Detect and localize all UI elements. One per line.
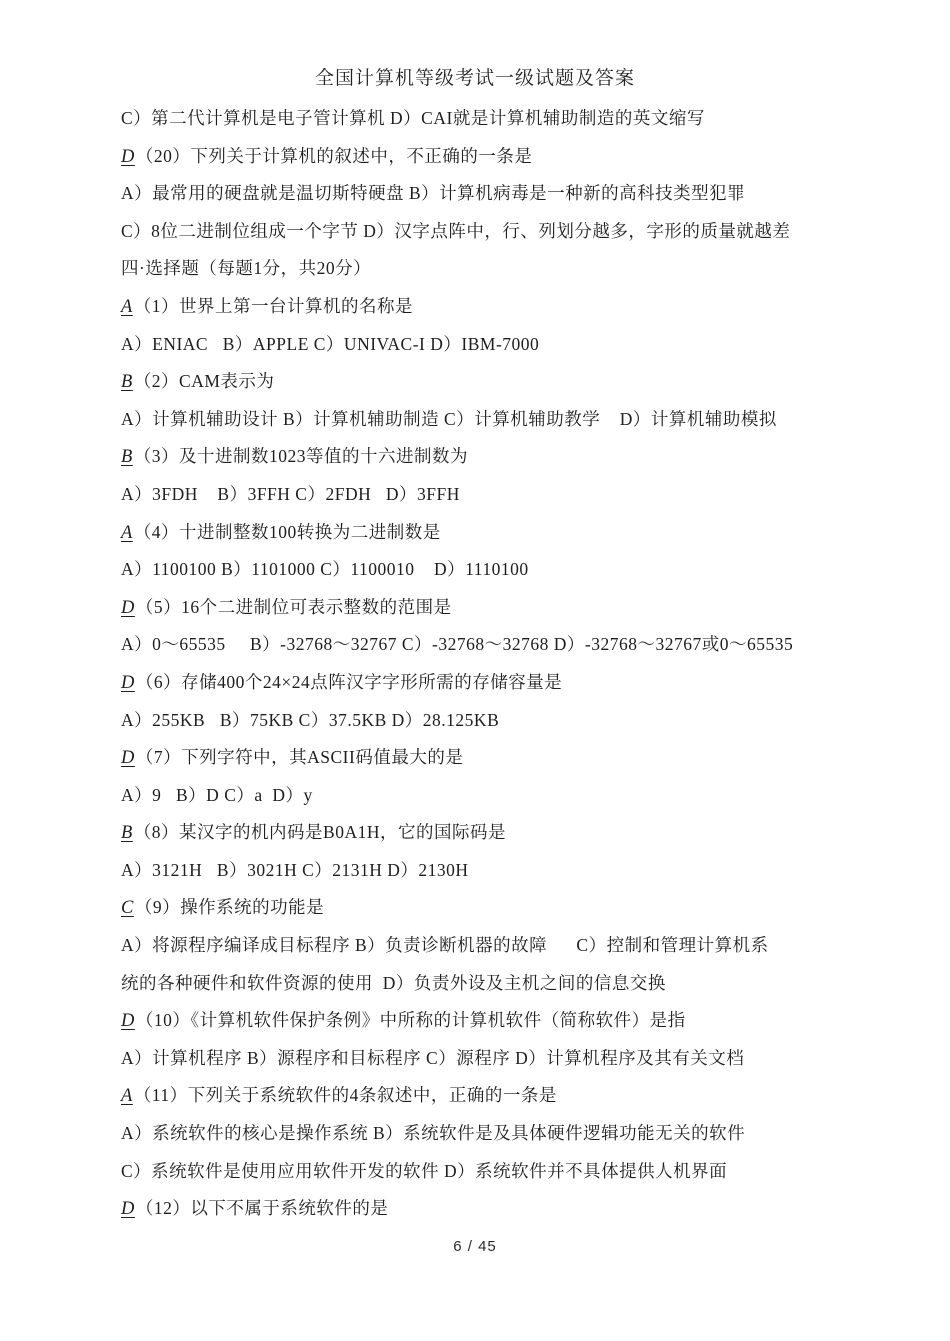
- page-number: 6 / 45: [453, 1238, 497, 1255]
- text-line: A）3121H B）3021H C）2131H D）2130H: [121, 852, 881, 890]
- line-text: （7）下列字符中，其ASCII码值最大的是: [136, 747, 463, 767]
- line-text: （8）某汉字的机内码是B0A1H，它的国际码是: [134, 822, 506, 842]
- question-line: D（20）下列关于计算机的叙述中，不正确的一条是: [121, 138, 881, 176]
- text-line: C）8位二进制位组成一个字节 D）汉字点阵中，行、列划分越多，字形的质量就越差: [121, 213, 881, 251]
- document-body: C）第二代计算机是电子管计算机 D）CAI就是计算机辅助制造的英文缩写D（20）…: [121, 100, 881, 1228]
- line-text: （20）下列关于计算机的叙述中，不正确的一条是: [136, 146, 533, 166]
- line-text: 统的各种硬件和软件资源的使用 D）负责外设及主机之间的信息交换: [121, 973, 666, 993]
- line-text: A）ENIAC B）APPLE C）UNIVAC-I D）IBM-7000: [121, 334, 539, 354]
- text-line: 四·选择题（每题1分，共20分）: [121, 250, 881, 288]
- text-line: A）将源程序编译成目标程序 B）负责诊断机器的故障 C）控制和管理计算机系: [121, 927, 881, 965]
- line-text: （9）操作系统的功能是: [135, 897, 324, 917]
- answer-letter: B: [121, 372, 134, 392]
- line-text: A）计算机辅助设计 B）计算机辅助制造 C）计算机辅助教学 D）计算机辅助模拟: [121, 409, 777, 429]
- line-text: （1）世界上第一台计算机的名称是: [134, 296, 413, 316]
- line-text: A）0～65535 B）-32768～32767 C）-32768～32768 …: [121, 634, 793, 654]
- answer-letter: A: [121, 523, 134, 543]
- question-line: D（5）16个二进制位可表示整数的范围是: [121, 589, 881, 627]
- line-text: A）计算机程序 B）源程序和目标程序 C）源程序 D）计算机程序及其有关文档: [121, 1048, 744, 1068]
- question-line: A（1）世界上第一台计算机的名称是: [121, 288, 881, 326]
- text-line: A）ENIAC B）APPLE C）UNIVAC-I D）IBM-7000: [121, 326, 881, 364]
- text-line: A）计算机辅助设计 B）计算机辅助制造 C）计算机辅助教学 D）计算机辅助模拟: [121, 401, 881, 439]
- line-text: C）8位二进制位组成一个字节 D）汉字点阵中，行、列划分越多，字形的质量就越差: [121, 221, 790, 241]
- line-text: 四·选择题（每题1分，共20分）: [121, 258, 371, 278]
- line-text: A）最常用的硬盘就是温切斯特硬盘 B）计算机病毒是一种新的高科技类型犯罪: [121, 183, 745, 203]
- question-line: D（7）下列字符中，其ASCII码值最大的是: [121, 739, 881, 777]
- question-line: D（6）存储400个24×24点阵汉字字形所需的存储容量是: [121, 664, 881, 702]
- line-text: （11）下列关于系统软件的4条叙述中，正确的一条是: [134, 1085, 557, 1105]
- text-line: A）255KB B）75KB C）37.5KB D）28.125KB: [121, 702, 881, 740]
- text-line: C）第二代计算机是电子管计算机 D）CAI就是计算机辅助制造的英文缩写: [121, 100, 881, 138]
- line-text: （5）16个二进制位可表示整数的范围是: [136, 597, 452, 617]
- answer-letter: C: [121, 898, 135, 918]
- answer-letter: B: [121, 447, 134, 467]
- text-line: A）3FDH B）3FFH C）2FDH D）3FFH: [121, 476, 881, 514]
- line-text: A）255KB B）75KB C）37.5KB D）28.125KB: [121, 710, 499, 730]
- text-line: C）系统软件是使用应用软件开发的软件 D）系统软件并不具体提供人机界面: [121, 1153, 881, 1191]
- line-text: （2）CAM表示为: [134, 371, 275, 391]
- question-line: D（10）《计算机软件保护条例》中所称的计算机软件（简称软件）是指: [121, 1002, 881, 1040]
- line-text: A）9 B）D C）a D）y: [121, 785, 313, 805]
- text-line: A）系统软件的核心是操作系统 B）系统软件是及具体硬件逻辑功能无关的软件: [121, 1115, 881, 1153]
- line-text: （4）十进制整数100转换为二进制数是: [134, 522, 441, 542]
- question-line: A（11）下列关于系统软件的4条叙述中，正确的一条是: [121, 1077, 881, 1115]
- answer-letter: D: [121, 1199, 136, 1219]
- line-text: A）3121H B）3021H C）2131H D）2130H: [121, 860, 469, 880]
- question-line: B（3）及十进制数1023等值的十六进制数为: [121, 438, 881, 476]
- page-title: 全国计算机等级考试一级试题及答案: [0, 63, 950, 90]
- document-page: 全国计算机等级考试一级试题及答案 C）第二代计算机是电子管计算机 D）CAI就是…: [0, 0, 950, 1341]
- answer-letter: D: [121, 598, 136, 618]
- answer-letter: D: [121, 147, 136, 167]
- answer-letter: A: [121, 297, 134, 317]
- line-text: （10）《计算机软件保护条例》中所称的计算机软件（简称软件）是指: [136, 1010, 686, 1030]
- page-footer: 6 / 45: [0, 1238, 950, 1255]
- question-line: B（8）某汉字的机内码是B0A1H，它的国际码是: [121, 814, 881, 852]
- text-line: A）0～65535 B）-32768～32767 C）-32768～32768 …: [121, 626, 881, 664]
- line-text: A）系统软件的核心是操作系统 B）系统软件是及具体硬件逻辑功能无关的软件: [121, 1123, 745, 1143]
- line-text: （12）以下不属于系统软件的是: [136, 1198, 389, 1218]
- line-text: A）1100100 B）1101000 C）1100010 D）1110100: [121, 559, 529, 579]
- line-text: A）3FDH B）3FFH C）2FDH D）3FFH: [121, 484, 460, 504]
- text-line: A）计算机程序 B）源程序和目标程序 C）源程序 D）计算机程序及其有关文档: [121, 1040, 881, 1078]
- text-line: 统的各种硬件和软件资源的使用 D）负责外设及主机之间的信息交换: [121, 965, 881, 1003]
- text-line: A）最常用的硬盘就是温切斯特硬盘 B）计算机病毒是一种新的高科技类型犯罪: [121, 175, 881, 213]
- question-line: A（4）十进制整数100转换为二进制数是: [121, 514, 881, 552]
- question-line: C（9）操作系统的功能是: [121, 889, 881, 927]
- line-text: （6）存储400个24×24点阵汉字字形所需的存储容量是: [136, 672, 562, 692]
- line-text: A）将源程序编译成目标程序 B）负责诊断机器的故障 C）控制和管理计算机系: [121, 935, 769, 955]
- answer-letter: A: [121, 1086, 134, 1106]
- text-line: A）9 B）D C）a D）y: [121, 777, 881, 815]
- answer-letter: D: [121, 1011, 136, 1031]
- answer-letter: D: [121, 673, 136, 693]
- line-text: C）系统软件是使用应用软件开发的软件 D）系统软件并不具体提供人机界面: [121, 1161, 727, 1181]
- question-line: D（12）以下不属于系统软件的是: [121, 1190, 881, 1228]
- answer-letter: B: [121, 823, 134, 843]
- text-line: A）1100100 B）1101000 C）1100010 D）1110100: [121, 551, 881, 589]
- line-text: （3）及十进制数1023等值的十六进制数为: [134, 446, 468, 466]
- line-text: C）第二代计算机是电子管计算机 D）CAI就是计算机辅助制造的英文缩写: [121, 108, 705, 128]
- answer-letter: D: [121, 748, 136, 768]
- question-line: B（2）CAM表示为: [121, 363, 881, 401]
